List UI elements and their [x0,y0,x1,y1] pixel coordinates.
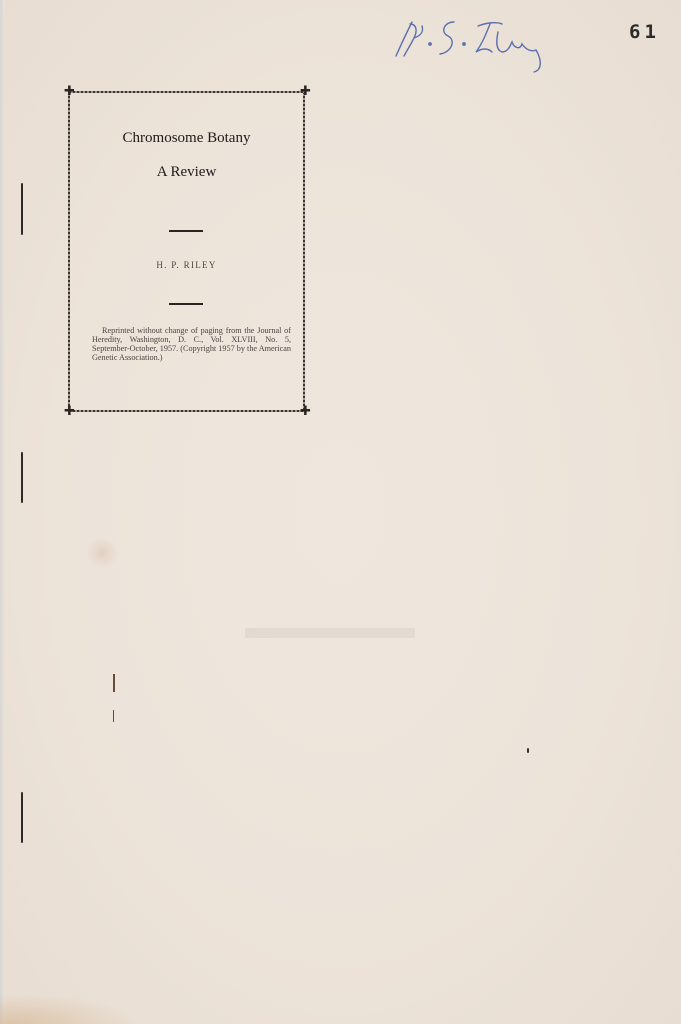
staple-bottom [21,792,23,843]
corner-ornament-icon: ✚ [64,407,73,416]
paper-speck [527,748,529,753]
divider [169,303,203,305]
staple-top [21,183,23,235]
author-name: H. P. RILEY [70,260,303,270]
corner-ornament-icon: ✚ [64,87,73,96]
corner-ornament-icon: ✚ [300,87,309,96]
paper-mark [113,674,115,692]
corner-ornament-icon: ✚ [300,407,309,416]
page-left-edge [0,0,5,1024]
document-title: Chromosome Botany [70,130,303,147]
title-label-frame: ✚ ✚ ✚ ✚ Chromosome Botany A Review H. P.… [68,91,305,412]
signature-icon [392,12,557,74]
staple-middle [21,452,23,503]
divider [169,230,203,232]
reprint-note: Reprinted without change of paging from … [92,326,291,362]
bleed-through-text [245,628,415,638]
document-subtitle: A Review [70,164,303,181]
document-page: W. S. Flory 61 ✚ ✚ ✚ ✚ Chromosome Botany… [0,0,681,1024]
paper-mark [113,710,114,722]
handwritten-signature: W. S. Flory [392,12,557,74]
page-number: 61 [629,21,660,43]
paper-stain [0,994,140,1024]
